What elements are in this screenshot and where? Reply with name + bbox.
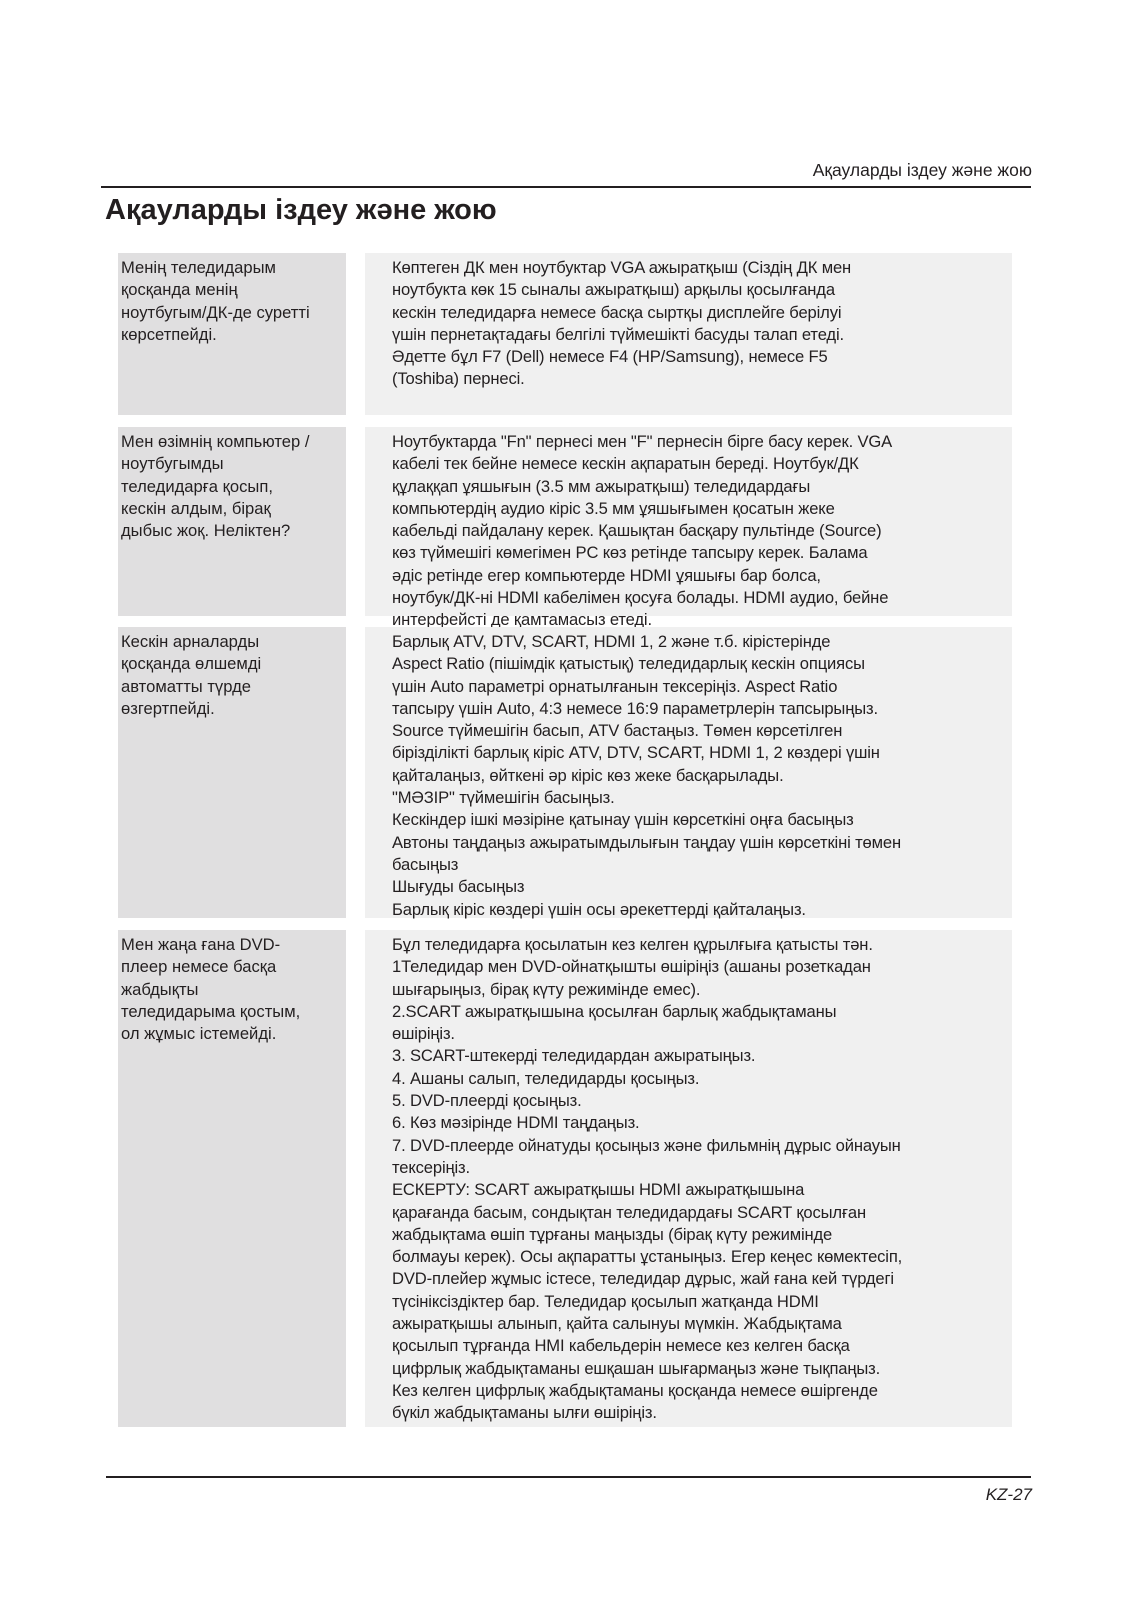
text-line: ноутбугым/ДК-де суретті <box>121 302 344 324</box>
text-line: DVD-плейер жұмыс істесе, теледидар дұрыс… <box>392 1268 1012 1290</box>
text-line: кескін теледидарға немесе басқа сыртқы д… <box>392 302 1012 324</box>
text-line: қосылып тұрғанда HMI кабельдерін немесе … <box>392 1335 1012 1357</box>
solution-cell: Ноутбуктарда "Fn" пернесі мен "F" пернес… <box>365 427 1012 616</box>
text-line: болмауы керек). Осы ақпаратты ұстаныңыз.… <box>392 1246 1012 1268</box>
text-line: ноутбугымды <box>121 453 344 475</box>
text-line: өшіріңіз. <box>392 1023 1012 1045</box>
text-line: тексеріңіз. <box>392 1157 1012 1179</box>
text-line: көрсетпейді. <box>121 324 344 346</box>
text-line: Мен өзімнің компьютер / <box>121 431 344 453</box>
text-line: (Toshiba) пернесі. <box>392 368 1012 390</box>
text-line: 1Теледидар мен DVD-ойнатқышты өшіріңіз (… <box>392 956 1012 978</box>
text-line: ноутбук/ДК-ні HDMI кабелімен қосуға бола… <box>392 587 1012 609</box>
text-line: көз түймешігі көмегімен PC көз ретінде т… <box>392 542 1012 564</box>
text-line: ЕСКЕРТУ: SCART ажыратқышы HDMI ажыратқыш… <box>392 1179 1012 1201</box>
text-line: дыбыс жоқ. Неліктен? <box>121 520 344 542</box>
text-line: ол жұмыс істемейді. <box>121 1023 344 1045</box>
text-line: кабелі тек бейне немесе кескін ақпаратын… <box>392 453 1012 475</box>
text-line: Ноутбуктарда "Fn" пернесі мен "F" пернес… <box>392 431 1012 453</box>
text-line: Aspect Ratio (пішімдік қатыстық) теледид… <box>392 653 1012 675</box>
text-line: Көптеген ДК мен ноутбуктар VGA ажыратқыш… <box>392 257 1012 279</box>
solution-cell: Барлық ATV, DTV, SCART, HDMI 1, 2 және т… <box>365 627 1012 918</box>
text-line: 3. SCART-штекерді теледидардан ажыратыңы… <box>392 1045 1012 1067</box>
text-line: Мен жаңа ғана DVD- <box>121 934 344 956</box>
text-line: плеер немесе басқа <box>121 956 344 978</box>
text-line: Барлық ATV, DTV, SCART, HDMI 1, 2 және т… <box>392 631 1012 653</box>
text-line: Автоны таңдаңыз ажыратымдылығын таңдау ү… <box>392 832 1012 854</box>
text-line: ноутбукта көк 15 сыналы ажыратқыш) арқыл… <box>392 279 1012 301</box>
text-line: Кез келген цифрлық жабдықтаманы қосқанда… <box>392 1380 1012 1402</box>
text-line: қосқанда менің <box>121 279 344 301</box>
solution-cell: Көптеген ДК мен ноутбуктар VGA ажыратқыш… <box>365 253 1012 415</box>
text-line: 6. Көз мәзірінде HDMI таңдаңыз. <box>392 1112 1012 1134</box>
text-line: құлаққап ұяшығын (3.5 мм ажыратқыш) теле… <box>392 476 1012 498</box>
text-line: цифрлық жабдықтаманы ешқашан шығармаңыз … <box>392 1358 1012 1380</box>
text-line: қарағанда басым, сондықтан теледидардағы… <box>392 1202 1012 1224</box>
text-line: Барлық кіріс көздері үшін осы әрекеттерд… <box>392 899 1012 921</box>
problem-cell: Мен өзімнің компьютер /ноутбугымдытеледи… <box>118 427 346 616</box>
table-row: Менің теледидарымқосқанда меніңноутбугым… <box>118 253 1012 415</box>
text-line: "МӘЗІР" түймешігін басыңыз. <box>392 787 1012 809</box>
text-line: Кескін арналарды <box>121 631 344 653</box>
text-line: автоматты түрде <box>121 676 344 698</box>
text-line: 7. DVD-плеерде ойнатуды қосыңыз және фил… <box>392 1135 1012 1157</box>
text-line: Шығуды басыңыз <box>392 876 1012 898</box>
text-line: теледидарға қосып, <box>121 476 344 498</box>
text-line: ажыратқышы алынып, қайта салынуы мүмкін.… <box>392 1313 1012 1335</box>
footer-rule <box>106 1476 1031 1478</box>
page-number: KZ-27 <box>986 1485 1032 1505</box>
text-line: Бұл теледидарға қосылатын кез келген құр… <box>392 934 1012 956</box>
text-line: кабельді пайдалану керек. Қашықтан басқа… <box>392 520 1012 542</box>
table-row: Мен өзімнің компьютер /ноутбугымдытеледи… <box>118 427 1012 616</box>
text-line: компьютердің аудио кіріс 3.5 мм ұяшығыме… <box>392 498 1012 520</box>
header-rule <box>101 186 1031 188</box>
text-line: үшін Auto параметрі орнатылғанын тексері… <box>392 676 1012 698</box>
text-line: Менің теледидарым <box>121 257 344 279</box>
text-line: Әдетте бұл F7 (Dell) немесе F4 (HP/Samsu… <box>392 346 1012 368</box>
text-line: Source түймешігін басып, ATV бастаңыз. Т… <box>392 720 1012 742</box>
text-line: жабдықты <box>121 979 344 1001</box>
text-line: теледидарыма қостым, <box>121 1001 344 1023</box>
running-head: Ақауларды іздеу және жою <box>813 160 1032 181</box>
text-line: бірізділікті барлық кіріс ATV, DTV, SCAR… <box>392 742 1012 764</box>
text-line: өзгертпейді. <box>121 698 344 720</box>
problem-cell: Мен жаңа ғана DVD-плеер немесе басқажабд… <box>118 930 346 1427</box>
text-line: 5. DVD-плеерді қосыңыз. <box>392 1090 1012 1112</box>
table-row: Мен жаңа ғана DVD-плеер немесе басқажабд… <box>118 930 1012 1427</box>
text-line: 2.SCART ажыратқышына қосылған барлық жаб… <box>392 1001 1012 1023</box>
text-line: басыңыз <box>392 854 1012 876</box>
problem-cell: Кескін арналардықосқанда өлшемдіавтоматт… <box>118 627 346 918</box>
problem-cell: Менің теледидарымқосқанда меніңноутбугым… <box>118 253 346 415</box>
text-line: кескін алдым, бірақ <box>121 498 344 520</box>
text-line: шығарыңыз, бірақ күту режимінде емес). <box>392 979 1012 1001</box>
page-title: Ақауларды іздеу және жою <box>105 194 497 227</box>
text-line: түсініксіздіктер бар. Теледидар қосылып … <box>392 1291 1012 1313</box>
text-line: Кескіндер ішкі мәзіріне қатынау үшін көр… <box>392 809 1012 831</box>
table-row: Кескін арналардықосқанда өлшемдіавтоматт… <box>118 627 1012 918</box>
text-line: 4. Ашаны салып, теледидарды қосыңыз. <box>392 1068 1012 1090</box>
text-line: қайталаңыз, өйткені әр кіріс көз жеке ба… <box>392 765 1012 787</box>
text-line: қосқанда өлшемді <box>121 653 344 675</box>
text-line: үшін пернетақтадағы белгілі түймешікті б… <box>392 324 1012 346</box>
text-line: жабдықтама өшіп тұрғаны маңызды (бірақ к… <box>392 1224 1012 1246</box>
text-line: тапсыру үшін Auto, 4:3 немесе 16:9 парам… <box>392 698 1012 720</box>
solution-cell: Бұл теледидарға қосылатын кез келген құр… <box>365 930 1012 1427</box>
text-line: бүкіл жабдықтаманы ылғи өшіріңіз. <box>392 1402 1012 1424</box>
text-line: әдіс ретінде егер компьютерде HDMI ұяшығ… <box>392 565 1012 587</box>
